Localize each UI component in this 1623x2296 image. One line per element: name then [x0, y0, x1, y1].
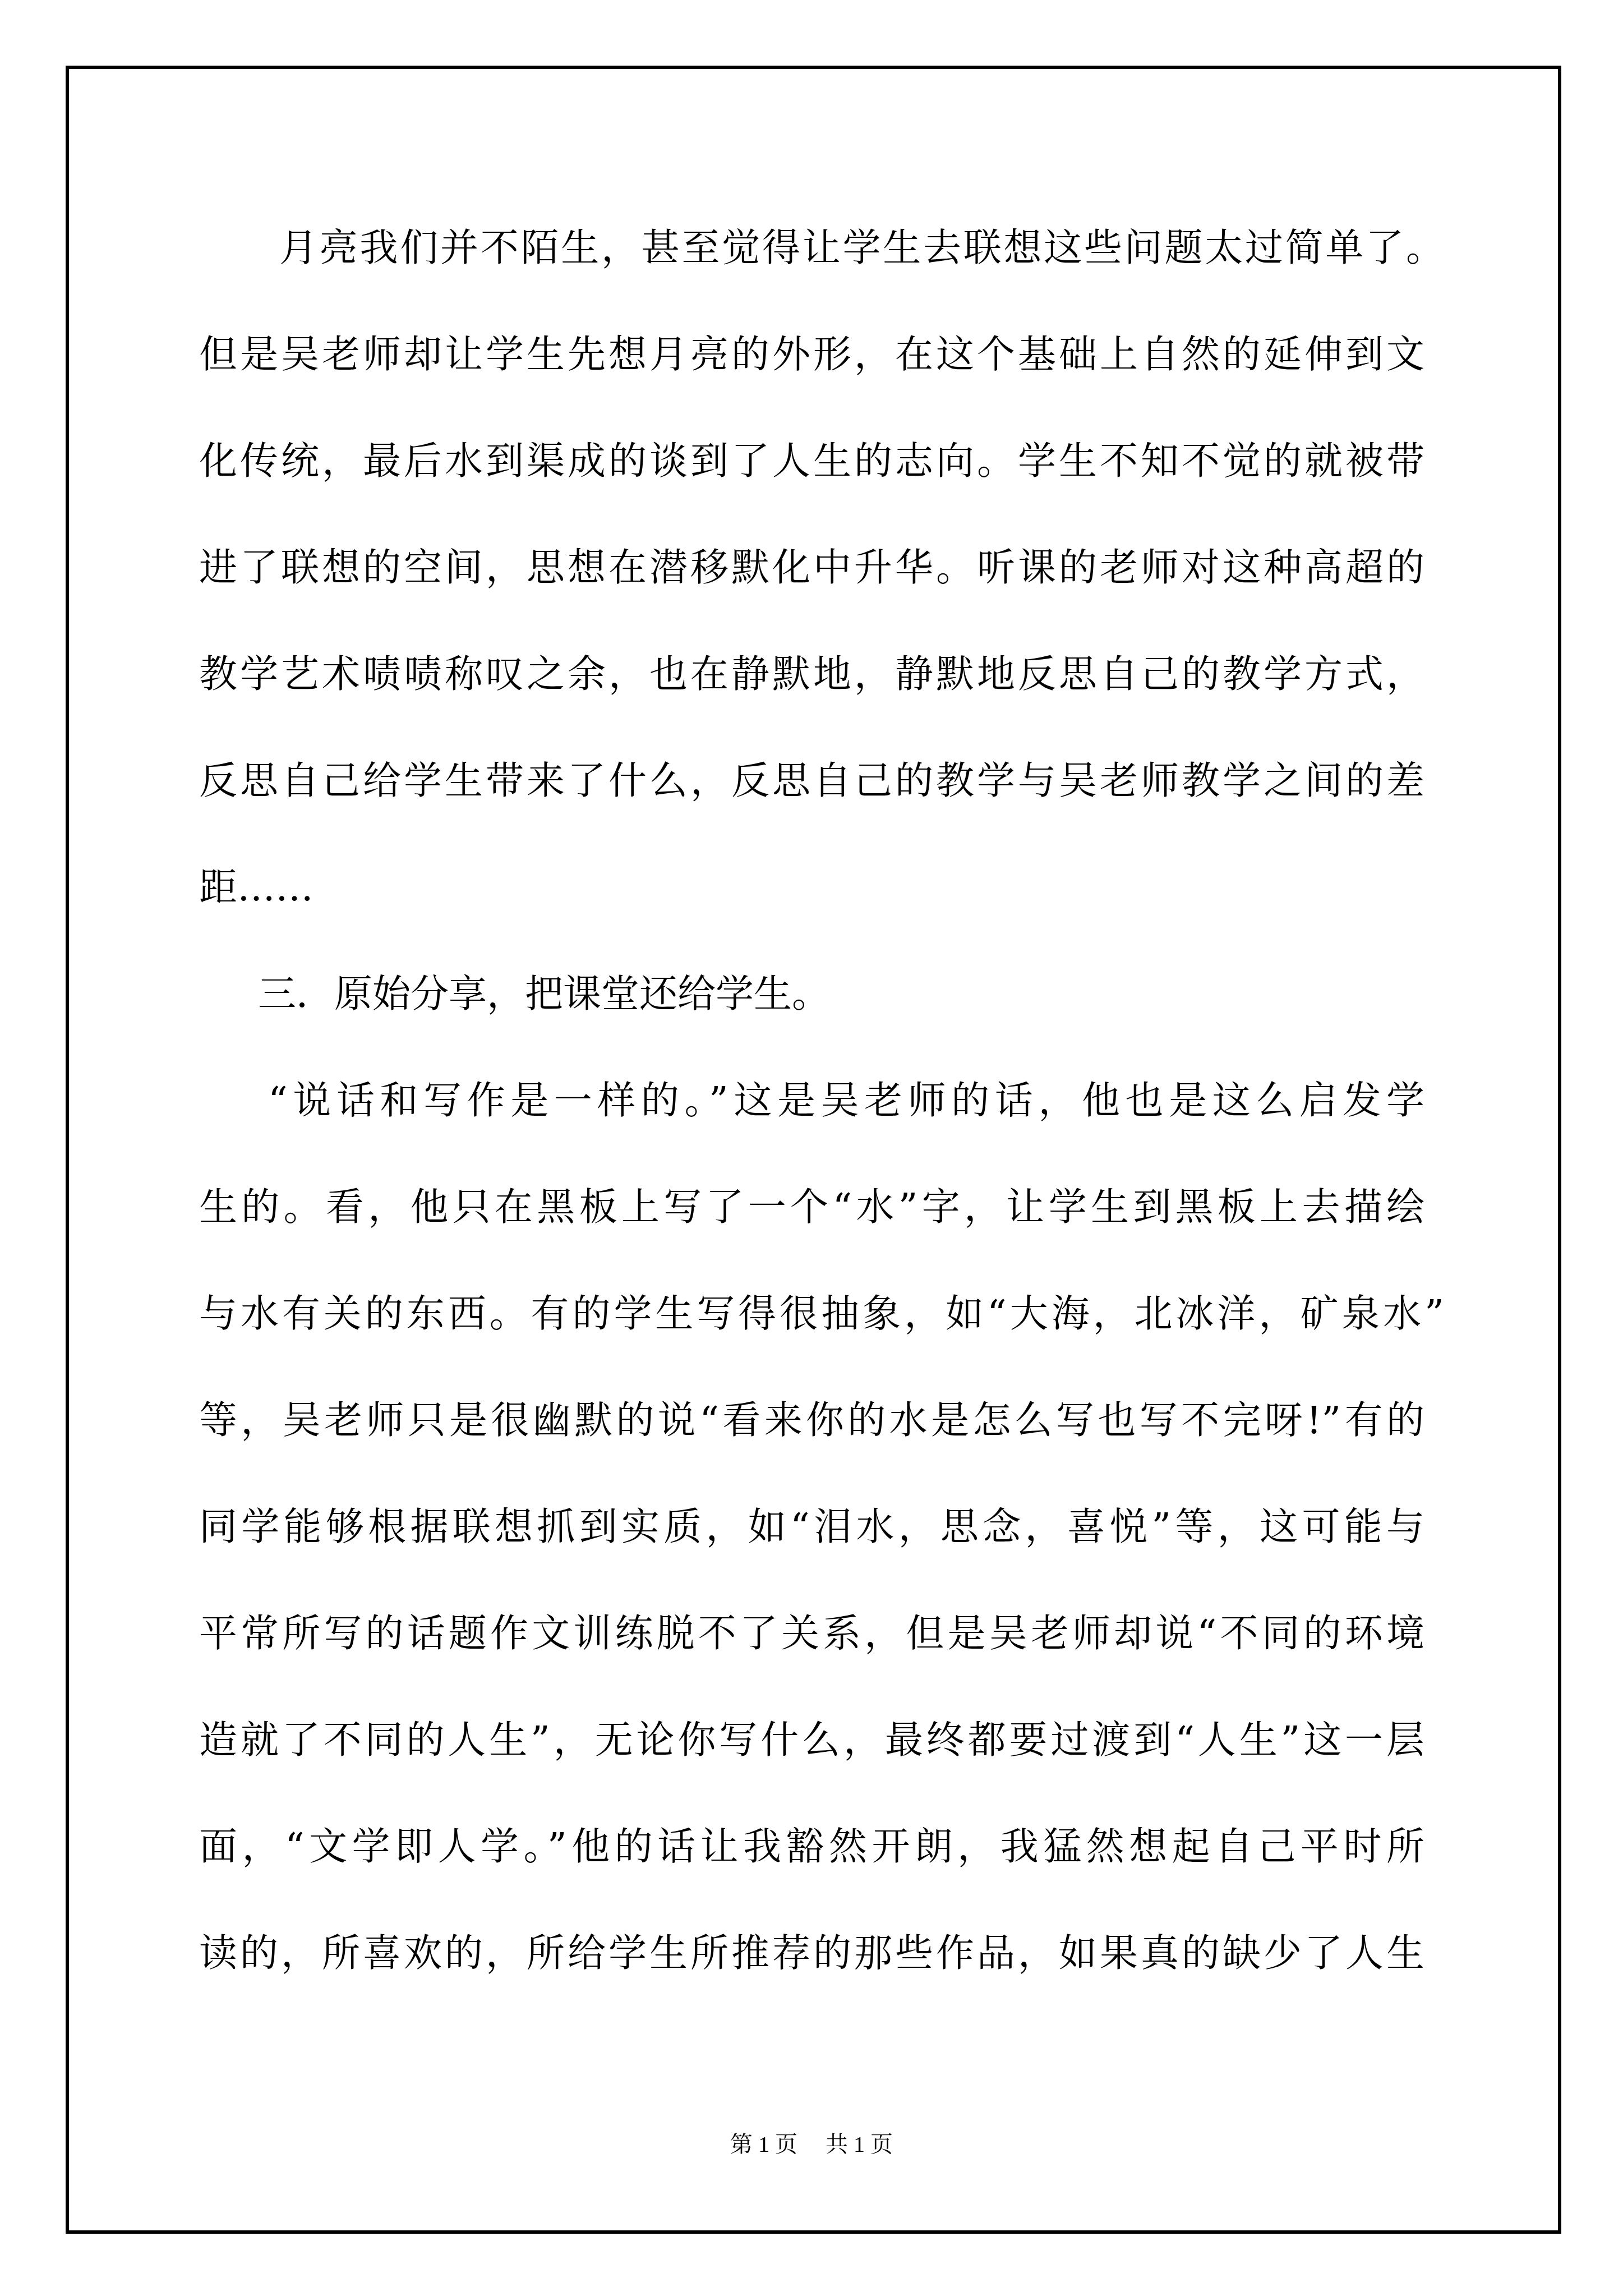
text-line: 同学能够根据联想抓到实质，如“泪水，思念，喜悦”等，这可能与 — [199, 1505, 1424, 1550]
text-line: 月亮我们并不陌生，甚至觉得让学生去联想这些问题太过简单了。 — [279, 226, 1444, 271]
text-line: “说话和写作是一样的。”这是吴老师的话，他也是这么启发学 — [268, 1079, 1424, 1124]
text-line: 反思自己给学生带来了什么，反思自己的教学与吴老师教学之间的差 — [199, 759, 1424, 804]
text-line: 平常所写的话题作文训练脱不了关系，但是吴老师却说“不同的环境 — [199, 1612, 1424, 1657]
page-border — [66, 66, 1561, 2234]
text-line: 等，吴老师只是很幽默的说“看来你的水是怎么写也写不完呀!”有的 — [199, 1398, 1424, 1443]
text-line: 生的。看，他只在黑板上写了一个“水”字，让学生到黑板上去描绘 — [199, 1185, 1424, 1230]
text-line: 读的，所喜欢的，所给学生所推荐的那些作品，如果真的缺少了人生 — [199, 1931, 1424, 1976]
page-number-footer: 第 1 页 共 1 页 — [0, 2129, 1623, 2160]
text-line: 与水有关的东西。有的学生写得很抽象，如“大海，北冰洋，矿泉水” — [199, 1292, 1444, 1337]
section-heading: 三．原始分享，把课堂还给学生。 — [258, 972, 830, 1017]
text-line: 面，“文学即人学。”他的话让我豁然开朗，我猛然想起自己平时所 — [199, 1825, 1424, 1870]
text-line: 教学艺术啧啧称叹之余，也在静默地，静默地反思自己的教学方式， — [199, 652, 1424, 697]
text-line: 进了联想的空间，思想在潜移默化中升华。听课的老师对这种高超的 — [199, 546, 1424, 591]
text-line: 化传统，最后水到渠成的谈到了人生的志向。学生不知不觉的就被带 — [199, 439, 1424, 484]
text-line: 但是吴老师却让学生先想月亮的外形，在这个基础上自然的延伸到文 — [199, 333, 1424, 378]
text-line: 造就了不同的人生”，无论你写什么，最终都要过渡到“人生”这一层 — [199, 1718, 1424, 1763]
text-line: 距…… — [199, 866, 313, 910]
